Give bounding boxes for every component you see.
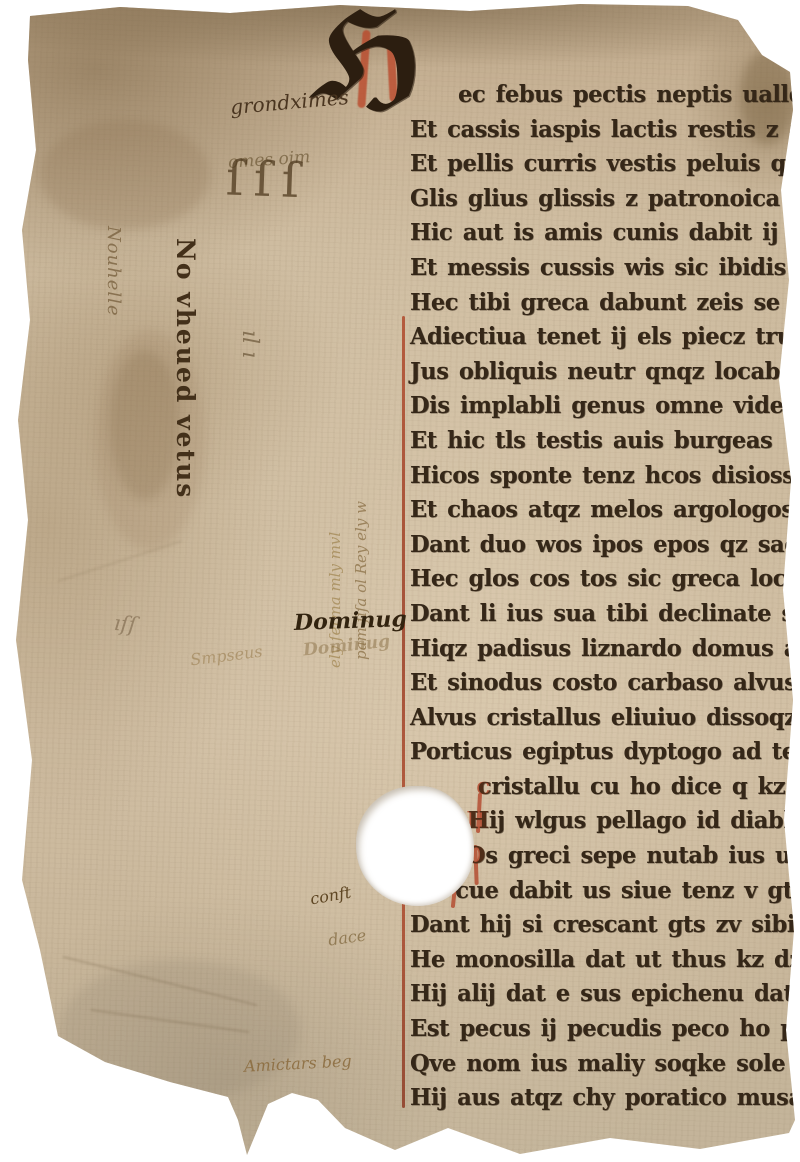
text-line: Hec tibi greca dabunt zeis se barba	[410, 285, 796, 321]
text-line: He cue dabit us siue tenz v gts	[410, 873, 796, 909]
margin-note-bottom: Amictars beg	[244, 1051, 353, 1076]
text-line: Et sinodus costo carbaso alvus ab	[410, 665, 796, 701]
text-line: cristallu cu ho dice q kz ij padu	[410, 769, 796, 805]
crease	[58, 540, 182, 582]
parchment-leaf: ec febus pectis neptis uallqz b Et cassi…	[0, 0, 800, 1162]
pen-marks: ıl ı	[237, 330, 262, 358]
page: { "document": { "kind_label": "medieval …	[0, 0, 800, 1162]
red-ruling-line	[402, 316, 405, 1108]
main-text-column: ec febus pectis neptis uallqz b Et cassi…	[410, 77, 796, 1115]
text-line: Hic aut is amis cunis dabit ij e d a	[410, 215, 796, 251]
text-line: Et pellis curris vestis peluis qz cusp z	[410, 146, 796, 182]
text-line: Porticus egiptus dyptogo ad te tel	[410, 734, 796, 770]
text-line: Qve nom ius maliy soqke sole g i	[410, 1046, 796, 1082]
text-line: Dant hij si crescant gts zv sibi luc	[410, 907, 796, 943]
text-line: Et chaos atqz melos argologos a	[410, 492, 796, 528]
text-line: Alvus cristallus eliuiuo dissoqz pap	[410, 700, 796, 736]
text-line: Est pecus ij pecudis peco ho pecud	[410, 1011, 796, 1047]
crease	[91, 1009, 250, 1033]
margin-note-dominus: Dominug	[294, 606, 408, 636]
crease	[63, 956, 258, 1006]
text-line: Dis implabli genus omne vide h	[410, 388, 796, 424]
stain	[40, 120, 210, 230]
text-line: Hec glos cos tos sic greca locant ut m	[410, 561, 796, 597]
text-line: Hiqz padisus liznardo domus atqz ia	[410, 631, 796, 667]
text-line: Et hic tls testis auis burgeas	[410, 423, 796, 459]
margin-note-vertical-large: No vheued vetus	[171, 238, 200, 499]
text-line: Adiectiua tenet ij els piecz truspis	[410, 319, 796, 355]
pen-trials: ſſſ	[225, 151, 310, 210]
text-line: Hij alij dat e sus epichenu dat e m	[410, 976, 796, 1012]
stain	[60, 960, 300, 1100]
decorated-initial: ℌ	[308, 6, 458, 134]
text-line: Dant li ius sua tibi declinate scda	[410, 596, 796, 632]
text-line: He monosilla dat ut thus kz dz ij	[410, 942, 796, 978]
text-line: Et messis cussis wis sic ibidis wis	[410, 250, 796, 286]
text-line: Et cassis iaspis lactis restis z asp	[410, 112, 796, 148]
text-line: Hicos sponte tenz hcos disiossis who	[410, 458, 796, 494]
margin-note-vertical-small: Nouhelle	[103, 226, 124, 317]
pen-marks: ıſſ	[113, 611, 138, 637]
text-line: ec febus pectis neptis uallqz b	[410, 77, 796, 113]
margin-note-dace: dace	[327, 925, 367, 949]
margin-note-dominus-ghost: Dominug	[302, 632, 391, 661]
stain	[110, 350, 180, 500]
text-line: Jus obliquis neutr qnqz locabis	[410, 354, 796, 390]
text-line: Hij aus atqz chy poratico musano ydus	[410, 1080, 796, 1116]
parchment-hole	[356, 786, 474, 906]
text-line: Dant duo wos ipos epos qz sacros	[410, 527, 796, 563]
text-line: Glis glius glissis z patronoica uig b	[410, 181, 796, 217]
margin-note-scribble: Smpseus	[189, 642, 263, 670]
margin-note-conft: conft	[309, 883, 353, 909]
